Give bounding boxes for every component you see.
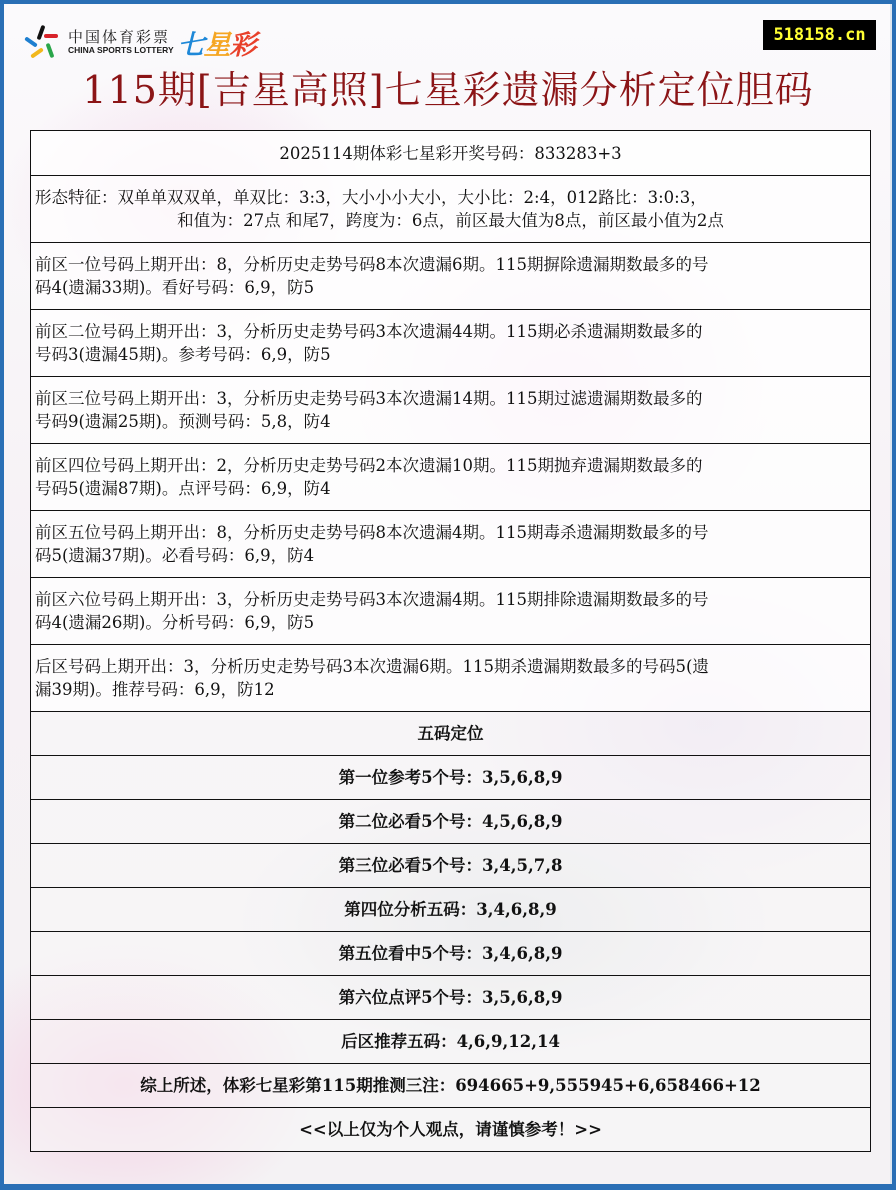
analysis-row-position-2: 前区二位号码上期开出：3，分析历史走势号码3本次遗漏44期。115期必杀遗漏期数… xyxy=(31,310,871,377)
pattern-line-1: 形态特征：双单单双双单，单双比：3:3，大小小小大小，大小比：2:4，012路比… xyxy=(35,188,707,207)
analysis-line: 前区二位号码上期开出：3，分析历史走势号码3本次遗漏44期。115期必杀遗漏期数… xyxy=(35,322,703,341)
analysis-line: 漏39期)。推荐号码：6,9，防12 xyxy=(35,680,275,699)
analysis-line: 前区六位号码上期开出：3，分析历史走势号码3本次遗漏4期。115期排除遗漏期数最… xyxy=(35,590,709,609)
analysis-line: 后区号码上期开出：3，分析历史走势号码3本次遗漏6期。115期杀遗漏期数最多的号… xyxy=(35,657,709,676)
five-code-row: 第四位分析五码：3,4,6,8,9 xyxy=(31,888,871,932)
five-code-row: 第二位必看5个号：4,5,6,8,9 xyxy=(31,800,871,844)
five-code-row: 第三位必看5个号：3,4,5,7,8 xyxy=(31,844,871,888)
analysis-row-position-4: 前区四位号码上期开出：2，分析历史走势号码2本次遗漏10期。115期抛弃遗漏期数… xyxy=(31,444,871,511)
analysis-line: 码4(遗漏26期)。分析号码：6,9，防5 xyxy=(35,613,314,632)
five-code-row: 第六位点评5个号：3,5,6,8,9 xyxy=(31,976,871,1020)
summary-row: 综上所述，体彩七星彩第115期推测三注：694665+9,555945+6,65… xyxy=(31,1064,871,1108)
logo-cn-text: 中国体育彩票 xyxy=(68,29,174,45)
analysis-row-back-zone: 后区号码上期开出：3，分析历史走势号码3本次遗漏6期。115期杀遗漏期数最多的号… xyxy=(31,645,871,712)
china-sports-lottery-logo: 中国体育彩票 CHINA SPORTS LOTTERY 七星彩 xyxy=(22,22,256,62)
pattern-line-2: 和值为：27点 和尾7，跨度为：6点，前区最大值为8点，前区最小值为2点 xyxy=(35,209,866,232)
five-code-heading: 五码定位 xyxy=(31,712,871,756)
analysis-row-position-1: 前区一位号码上期开出：8，分析历史走势号码8本次遗漏6期。115期摒除遗漏期数最… xyxy=(31,243,871,310)
analysis-line: 前区一位号码上期开出：8，分析历史走势号码8本次遗漏6期。115期摒除遗漏期数最… xyxy=(35,255,709,274)
analysis-line: 号码9(遗漏25期)。预测号码：5,8，防4 xyxy=(35,412,331,431)
analysis-line: 号码5(遗漏87期)。点评号码：6,9，防4 xyxy=(35,479,331,498)
qixingcai-brand: 七星彩 xyxy=(178,23,256,62)
analysis-line: 码5(遗漏37期)。必看号码：6,9，防4 xyxy=(35,546,314,565)
logo-en-text: CHINA SPORTS LOTTERY xyxy=(68,45,174,56)
analysis-row-position-5: 前区五位号码上期开出：8，分析历史走势号码8本次遗漏4期。115期毒杀遗漏期数最… xyxy=(31,511,871,578)
five-code-row: 第五位看中5个号：3,4,6,8,9 xyxy=(31,932,871,976)
pattern-features: 形态特征：双单单双双单，单双比：3:3，大小小小大小，大小比：2:4，012路比… xyxy=(31,176,871,243)
brand-char: 七 xyxy=(178,30,204,61)
brand-char: 星 xyxy=(204,30,230,61)
analysis-line: 前区五位号码上期开出：8，分析历史走势号码8本次遗漏4期。115期毒杀遗漏期数最… xyxy=(35,523,709,542)
analysis-line: 号码3(遗漏45期)。参考号码：6,9，防5 xyxy=(35,345,331,364)
five-code-row: 后区推荐五码：4,6,9,12,14 xyxy=(31,1020,871,1064)
lottery-star-icon xyxy=(22,23,62,61)
brand-char: 彩 xyxy=(230,30,256,61)
analysis-table: 2025114期体彩七星彩开奖号码：833283+3 形态特征：双单单双双单，单… xyxy=(30,130,871,1152)
analysis-row-position-6: 前区六位号码上期开出：3，分析历史走势号码3本次遗漏4期。115期排除遗漏期数最… xyxy=(31,578,871,645)
analysis-line: 前区四位号码上期开出：2，分析历史走势号码2本次遗漏10期。115期抛弃遗漏期数… xyxy=(35,456,703,475)
page-title: 115期[吉星高照]七星彩遗漏分析定位胆码 xyxy=(0,64,896,116)
analysis-line: 前区三位号码上期开出：3，分析历史走势号码3本次遗漏14期。115期过滤遗漏期数… xyxy=(35,389,703,408)
disclaimer-row: <<以上仅为个人观点，请谨慎参考！>> xyxy=(31,1108,871,1152)
analysis-row-position-3: 前区三位号码上期开出：3，分析历史走势号码3本次遗漏14期。115期过滤遗漏期数… xyxy=(31,377,871,444)
analysis-line: 码4(遗漏33期)。看好号码：6,9，防5 xyxy=(35,278,314,297)
site-badge[interactable]: 518158.cn xyxy=(763,20,876,50)
five-code-row: 第一位参考5个号：3,5,6,8,9 xyxy=(31,756,871,800)
draw-result: 2025114期体彩七星彩开奖号码：833283+3 xyxy=(31,131,871,176)
